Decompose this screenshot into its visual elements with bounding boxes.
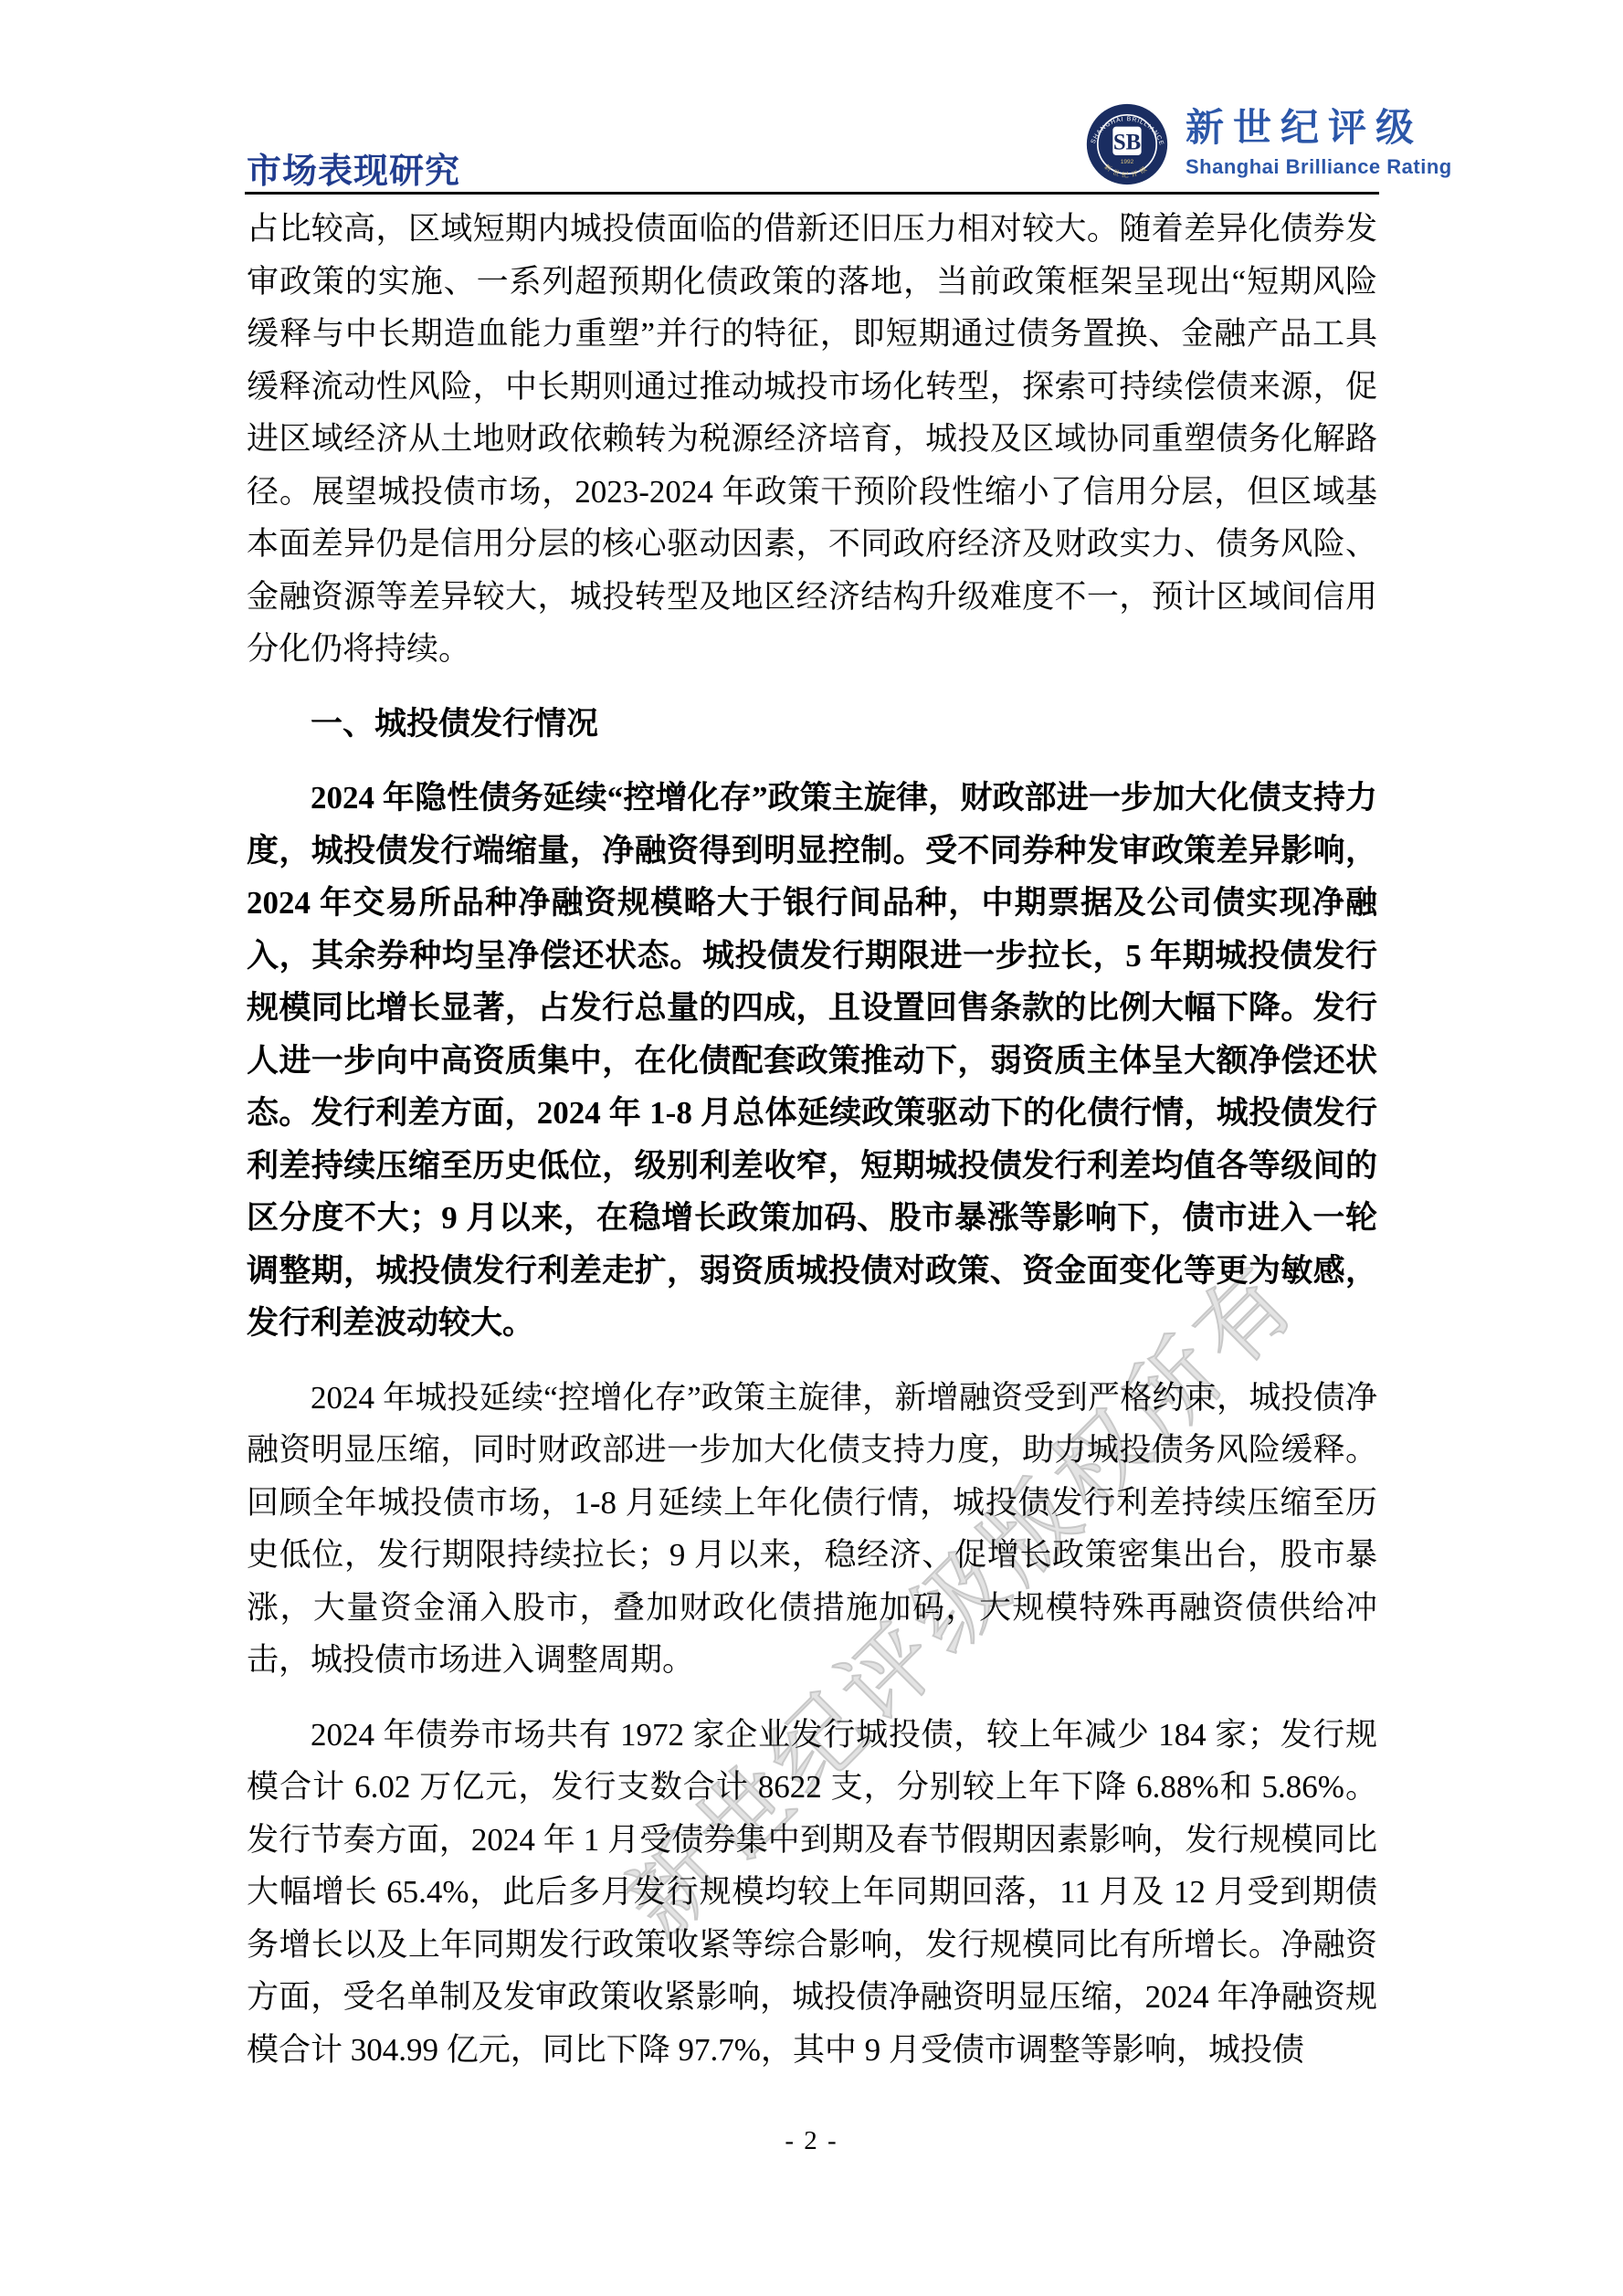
brand-name-cn: 新世纪评级 xyxy=(1186,108,1452,150)
svg-text:1992: 1992 xyxy=(1121,159,1134,165)
document-body: 占比较高，区域短期内城投债面临的借新还旧压力相对较大。随着差异化债券发审政策的实… xyxy=(247,203,1377,2076)
header-divider xyxy=(245,192,1379,195)
svg-text:SB: SB xyxy=(1113,131,1141,155)
paragraph-policy-review: 2024 年城投延续“控增化存”政策主旋律，新增融资受到严格约束，城投债净融资明… xyxy=(247,1372,1377,1687)
report-series-title: 市场表现研究 xyxy=(247,142,460,193)
page-footer: - 2 - xyxy=(0,2126,1623,2156)
paragraph-issuance-statistics: 2024 年债券市场共有 1972 家企业发行城投债，较上年减少 184 家；发… xyxy=(247,1709,1377,2077)
paragraph-issuance-summary-bold: 2024 年隐性债务延续“控增化存”政策主旋律，财政部进一步加大化债支持力度，城… xyxy=(247,772,1377,1350)
document-page: 市场表现研究 SHANGHAI BRILLIANCE RATING 新世纪评级 … xyxy=(0,0,1623,2296)
paragraph-region-pressure: 占比较高，区域短期内城投债面临的借新还旧压力相对较大。随着差异化债券发审政策的实… xyxy=(247,203,1377,676)
brand-block: SHANGHAI BRILLIANCE RATING 新世纪评级 SB 1992… xyxy=(1085,102,1452,186)
brand-wordmark: 新世纪评级 Shanghai Brilliance Rating xyxy=(1186,102,1452,179)
brand-logo-icon: SHANGHAI BRILLIANCE RATING 新世纪评级 SB 1992 xyxy=(1085,102,1169,186)
section-heading-issuance: 一、城投债发行情况 xyxy=(247,698,1377,751)
page-number: - 2 - xyxy=(785,2126,838,2155)
brand-name-en: Shanghai Brilliance Rating xyxy=(1186,155,1452,179)
